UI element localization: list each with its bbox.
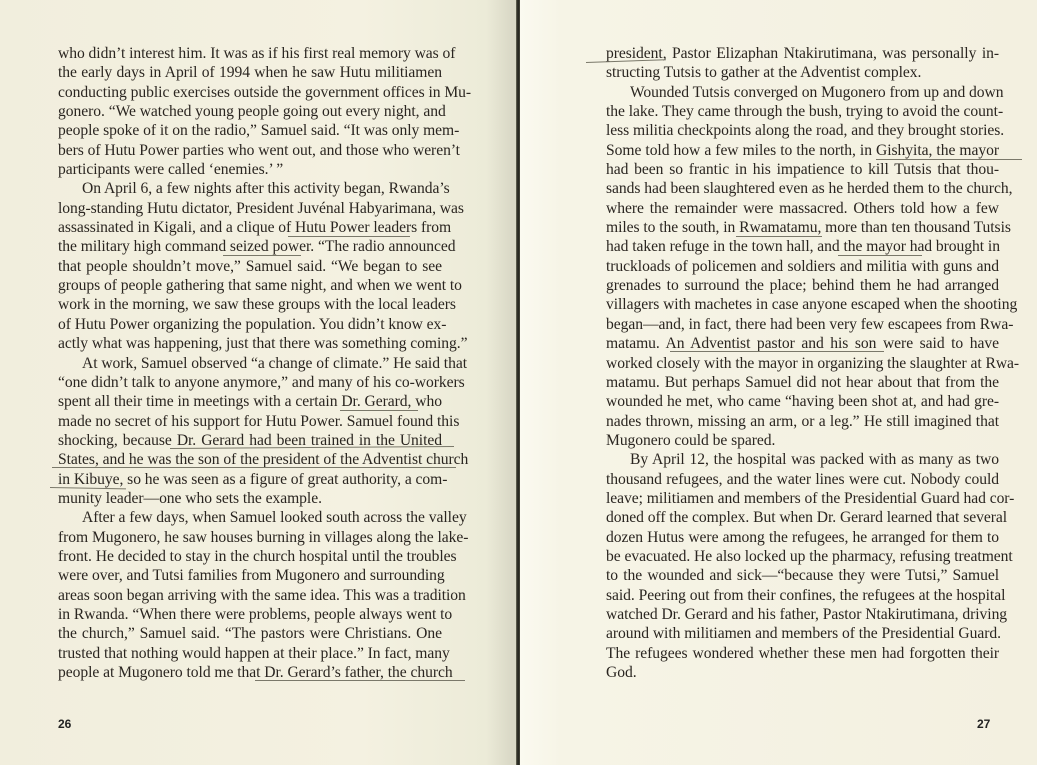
text-line: miles to the south, in Rwamatamu, more t… bbox=[606, 218, 999, 237]
text-line: “one didn’t talk to anyone anymore,” and… bbox=[58, 373, 442, 392]
text-line: sands had been slaughtered even as he he… bbox=[606, 179, 999, 198]
text-line: the lake. They came through the bush, tr… bbox=[606, 102, 999, 121]
text-line: leave; militiamen and members of the Pre… bbox=[606, 489, 999, 508]
text-line: work in the morning, we saw these groups… bbox=[58, 295, 442, 314]
text-line: At work, Samuel observed “a change of cl… bbox=[58, 354, 442, 373]
text-line: spent all their time in meetings with a … bbox=[58, 392, 442, 411]
text-line: were over, and Tutsi families from Mugon… bbox=[58, 566, 442, 585]
text-line: began—and, in fact, there had been very … bbox=[606, 315, 999, 334]
text-line: worked closely with the mayor in organiz… bbox=[606, 354, 999, 373]
right-page: president, Pastor Elizaphan Ntakirutiman… bbox=[520, 0, 1037, 765]
text-line: grenades to surround the place; behind t… bbox=[606, 276, 999, 295]
text-line: president, Pastor Elizaphan Ntakirutiman… bbox=[606, 44, 999, 63]
text-line: to the wounded and sick—“because they we… bbox=[606, 566, 999, 585]
text-line: villagers with machetes in case anyone e… bbox=[606, 295, 999, 314]
page-number: 27 bbox=[977, 717, 990, 731]
text-line: the church,” Samuel said. “The pastors w… bbox=[58, 624, 442, 643]
text-line: where the remainder were massacred. Othe… bbox=[606, 199, 999, 218]
left-page-body: who didn’t interest him. It was as if hi… bbox=[58, 44, 442, 682]
text-line: Mugonero could be spared. bbox=[606, 431, 999, 450]
pencil-underline bbox=[52, 467, 456, 468]
pencil-underline bbox=[255, 680, 465, 681]
left-page: who didn’t interest him. It was as if hi… bbox=[0, 0, 517, 765]
text-line: God. bbox=[606, 663, 999, 682]
text-line: participants were called ‘enemies.’ ” bbox=[58, 160, 442, 179]
text-line: bers of Hutu Power parties who went out,… bbox=[58, 141, 442, 160]
text-line: gonero. “We watched young people going o… bbox=[58, 102, 442, 121]
text-line: dozen Hutus were among the refugees, he … bbox=[606, 528, 999, 547]
text-line: made no secret of his support for Hutu P… bbox=[58, 412, 442, 431]
text-line: said. Peering out from their confines, t… bbox=[606, 586, 999, 605]
text-line: munity leader—one who sets the example. bbox=[58, 489, 442, 508]
text-line: in Rwanda. “When there were problems, pe… bbox=[58, 605, 442, 624]
text-line: the military high command seized power. … bbox=[58, 237, 442, 256]
text-line: long-standing Hutu dictator, President J… bbox=[58, 199, 442, 218]
text-line: around with militiamen and members of th… bbox=[606, 624, 999, 643]
text-line: who didn’t interest him. It was as if hi… bbox=[58, 44, 442, 63]
text-line: nades thrown, missing an arm, or a leg.”… bbox=[606, 412, 999, 431]
text-line: people spoke of it on the radio,” Samuel… bbox=[58, 121, 442, 140]
text-line: After a few days, when Samuel looked sou… bbox=[58, 508, 442, 527]
text-line: groups of people gathering that same nig… bbox=[58, 276, 442, 295]
text-line: had taken refuge in the town hall, and t… bbox=[606, 237, 999, 256]
text-line: that people shouldn’t move,” Samuel said… bbox=[58, 257, 442, 276]
text-line: trusted that nothing would happen at the… bbox=[58, 644, 442, 663]
text-line: structing Tutsis to gather at the Advent… bbox=[606, 63, 999, 82]
text-line: matamu. But perhaps Samuel did not hear … bbox=[606, 373, 999, 392]
text-line: truckloads of policemen and soldiers and… bbox=[606, 257, 999, 276]
text-line: the early days in April of 1994 when he … bbox=[58, 63, 442, 82]
text-line: of Hutu Power organizing the population.… bbox=[58, 315, 442, 334]
page-number: 26 bbox=[58, 717, 71, 731]
text-line: front. He decided to stay in the church … bbox=[58, 547, 442, 566]
pencil-underline bbox=[670, 351, 884, 352]
text-line: Wounded Tutsis converged on Mugonero fro… bbox=[606, 83, 999, 102]
pencil-underline bbox=[838, 255, 922, 256]
text-line: thousand refugees, and the water lines w… bbox=[606, 470, 999, 489]
text-line: areas soon began arriving with the same … bbox=[58, 586, 442, 605]
pencil-underline bbox=[736, 236, 822, 237]
text-line: in Kibuye, so he was seen as a figure of… bbox=[58, 470, 442, 489]
pencil-underline bbox=[288, 236, 410, 237]
pencil-underline bbox=[876, 159, 1022, 160]
text-line: doned off the complex. But when Dr. Gera… bbox=[606, 508, 999, 527]
right-page-body: president, Pastor Elizaphan Ntakirutiman… bbox=[606, 44, 999, 682]
text-line: actly what was happening, just that ther… bbox=[58, 334, 442, 353]
text-line: had been so frantic in his impatience to… bbox=[606, 160, 999, 179]
text-line: Some told how a few miles to the north, … bbox=[606, 141, 999, 160]
text-line: wounded he met, who came “having been sh… bbox=[606, 392, 999, 411]
text-line: The refugees wondered whether these men … bbox=[606, 644, 999, 663]
text-line: be evacuated. He also locked up the phar… bbox=[606, 547, 999, 566]
text-line: assassinated in Kigali, and a clique of … bbox=[58, 218, 442, 237]
text-line: By April 12, the hospital was packed wit… bbox=[606, 450, 999, 469]
text-line: On April 6, a few nights after this acti… bbox=[58, 179, 442, 198]
pencil-underline bbox=[340, 410, 418, 411]
text-line: from Mugonero, he saw houses burning in … bbox=[58, 528, 442, 547]
text-line: less militia checkpoints along the road,… bbox=[606, 121, 999, 140]
pencil-underline bbox=[223, 255, 301, 256]
text-line: conducting public exercises outside the … bbox=[58, 83, 442, 102]
text-line: watched Dr. Gerard and his father, Pasto… bbox=[606, 605, 999, 624]
